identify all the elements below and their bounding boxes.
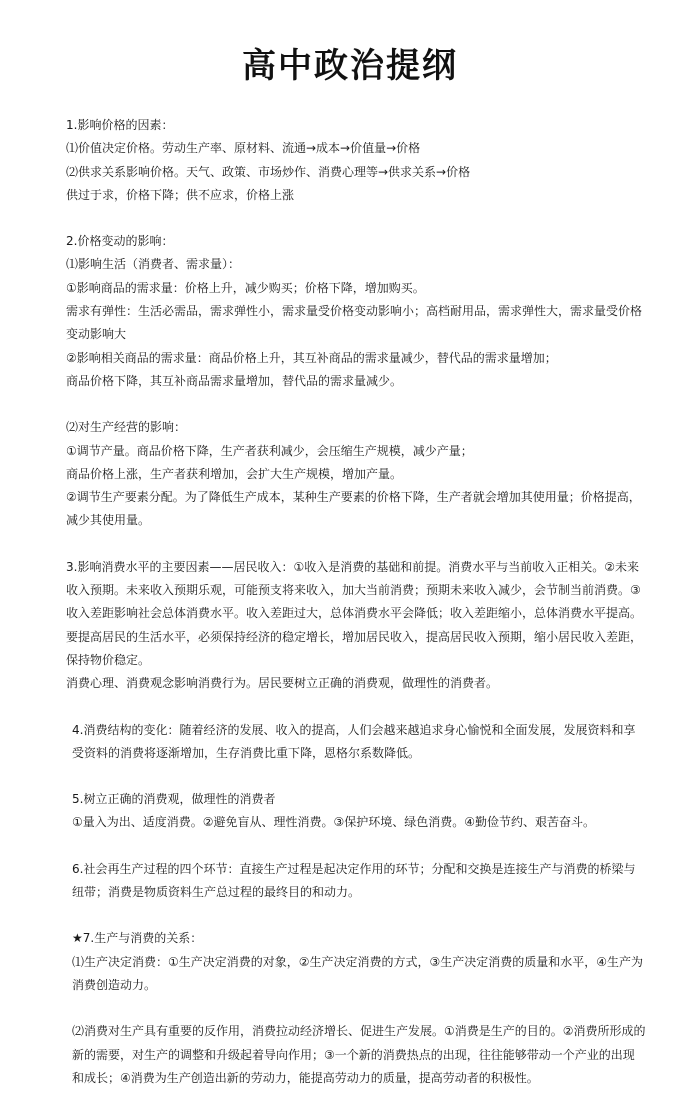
paragraph: ⑴生产决定消费：①生产决定消费的对象，②生产决定消费的方式，③生产决定消费的质量…	[72, 951, 646, 998]
section-5-consumption-view: 5.树立正确的消费观，做理性的消费者 ①量入为出、适度消费。②避免盲从、理性消费…	[66, 788, 646, 835]
spacer	[66, 835, 646, 858]
paragraph: ⑴影响生活（消费者、需求量）：	[66, 253, 646, 276]
section-heading: 2.价格变动的影响：	[66, 230, 646, 253]
paragraph: 要提高居民的生活水平，必须保持经济的稳定增长，增加居民收入，提高居民收入预期，缩…	[66, 626, 646, 673]
paragraph: 6.社会再生产过程的四个环节：直接生产过程是起决定作用的环节；分配和交换是连接生…	[72, 858, 646, 905]
paragraph: 商品价格上涨，生产者获利增加，会扩大生产规模，增加产量。	[66, 463, 646, 486]
spacer	[66, 904, 646, 927]
document-body: 1.影响价格的因素： ⑴价值决定价格。劳动生产率、原材料、流通→成本→价值量→价…	[66, 114, 646, 1090]
paragraph: 需求有弹性：生活必需品，需求弹性小，需求量受价格变动影响小；高档耐用品，需求弹性…	[66, 300, 646, 347]
section-6-reproduction: 6.社会再生产过程的四个环节：直接生产过程是起决定作用的环节；分配和交换是连接生…	[66, 858, 646, 905]
paragraph: 3.影响消费水平的主要因素——居民收入：①收入是消费的基础和前提。消费水平与当前…	[66, 556, 646, 626]
section-heading: 1.影响价格的因素：	[66, 114, 646, 137]
spacer	[66, 207, 646, 230]
subsection-heading: ⑵对生产经营的影响：	[66, 416, 646, 439]
section-1-price-factors: 1.影响价格的因素： ⑴价值决定价格。劳动生产率、原材料、流通→成本→价值量→价…	[66, 114, 646, 207]
paragraph: ①调节产量。商品价格下降，生产者获利减少，会压缩生产规模，减少产量；	[66, 440, 646, 463]
paragraph: ②调节生产要素分配。为了降低生产成本，某种生产要素的价格下降，生产者就会增加其使…	[66, 486, 646, 533]
section-7-production-consumption: ★7.生产与消费的关系： ⑴生产决定消费：①生产决定消费的对象，②生产决定消费的…	[66, 927, 646, 1090]
paragraph: 消费心理、消费观念影响消费行为。居民要树立正确的消费观，做理性的消费者。	[66, 672, 646, 695]
paragraph: ①影响商品的需求量：价格上升，减少购买；价格下降，增加购买。	[66, 277, 646, 300]
section-heading: ★7.生产与消费的关系：	[72, 927, 646, 950]
section-4-consumption-structure: 4.消费结构的变化：随着经济的发展、收入的提高，人们会越来越追求身心愉悦和全面发…	[66, 719, 646, 766]
section-2-price-change-impact: 2.价格变动的影响： ⑴影响生活（消费者、需求量）： ①影响商品的需求量：价格上…	[66, 230, 646, 533]
document-title: 高中政治提纲	[0, 38, 700, 87]
spacer	[66, 533, 646, 556]
spacer	[72, 997, 646, 1020]
paragraph: 商品价格下降，其互补商品需求量增加，替代品的需求量减少。	[66, 370, 646, 393]
paragraph: ⑵供求关系影响价格。天气、政策、市场炒作、消费心理等→供求关系→价格	[66, 161, 646, 184]
spacer	[66, 696, 646, 719]
paragraph: ②影响相关商品的需求量：商品价格上升，其互补商品的需求量减少，替代品的需求量增加…	[66, 347, 646, 370]
section-3-consumption-level: 3.影响消费水平的主要因素——居民收入：①收入是消费的基础和前提。消费水平与当前…	[66, 556, 646, 696]
paragraph: ⑵消费对生产具有重要的反作用，消费拉动经济增长、促进生产发展。①消费是生产的目的…	[72, 1020, 646, 1090]
spacer	[66, 765, 646, 788]
spacer	[66, 393, 646, 416]
paragraph: 4.消费结构的变化：随着经济的发展、收入的提高，人们会越来越追求身心愉悦和全面发…	[72, 719, 646, 766]
paragraph: 供过于求，价格下降；供不应求，价格上涨	[66, 184, 646, 207]
paragraph: ①量入为出、适度消费。②避免盲从、理性消费。③保护环境、绿色消费。④勤俭节约、艰…	[72, 811, 646, 834]
paragraph: ⑴价值决定价格。劳动生产率、原材料、流通→成本→价值量→价格	[66, 137, 646, 160]
section-heading: 5.树立正确的消费观，做理性的消费者	[72, 788, 646, 811]
